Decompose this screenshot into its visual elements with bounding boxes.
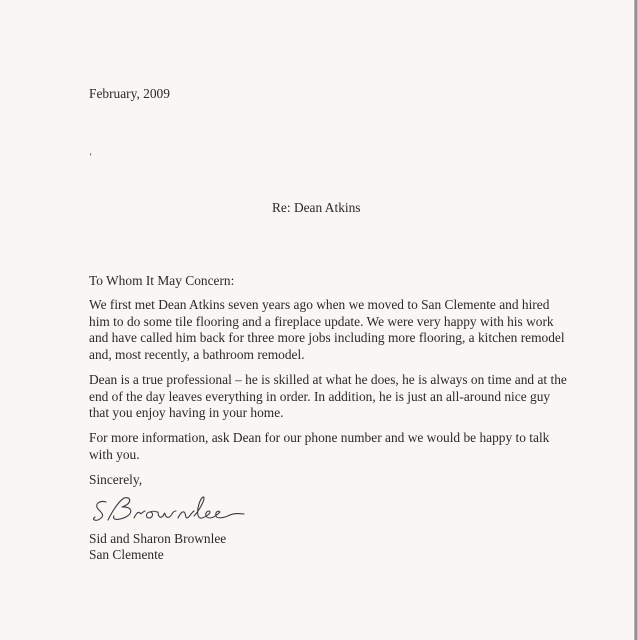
letter-date: February, 2009 <box>89 86 170 102</box>
stray-mark: ʻ <box>89 150 92 166</box>
paragraph-line: For more information, ask Dean for our p… <box>89 430 549 447</box>
paragraph-line: him to do some tile flooring and a firep… <box>89 314 565 331</box>
letter-page: February, 2009 ʻ Re: Dean Atkins To Whom… <box>0 0 638 640</box>
paragraph-line: Dean is a true professional – he is skil… <box>89 372 567 389</box>
signatory-names: Sid and Sharon Brownlee <box>89 531 226 547</box>
closing: Sincerely, <box>89 472 142 488</box>
paragraph-line: that you enjoy having in your home. <box>89 405 567 422</box>
scan-page-edge <box>634 0 638 640</box>
paragraph-line: We first met Dean Atkins seven years ago… <box>89 297 565 314</box>
paragraph-1: We first met Dean Atkins seven years ago… <box>89 297 565 363</box>
paragraph-2: Dean is a true professional – he is skil… <box>89 372 567 422</box>
handwritten-signature <box>92 494 282 526</box>
subject-line: Re: Dean Atkins <box>272 200 361 216</box>
signatory-location: San Clemente <box>89 547 164 563</box>
paragraph-line: with you. <box>89 447 549 464</box>
paragraph-3: For more information, ask Dean for our p… <box>89 430 549 463</box>
paragraph-line: end of the day leaves everything in orde… <box>89 389 567 406</box>
salutation: To Whom It May Concern: <box>89 273 234 289</box>
paragraph-line: and, most recently, a bathroom remodel. <box>89 347 565 364</box>
paragraph-line: and have called him back for three more … <box>89 330 565 347</box>
